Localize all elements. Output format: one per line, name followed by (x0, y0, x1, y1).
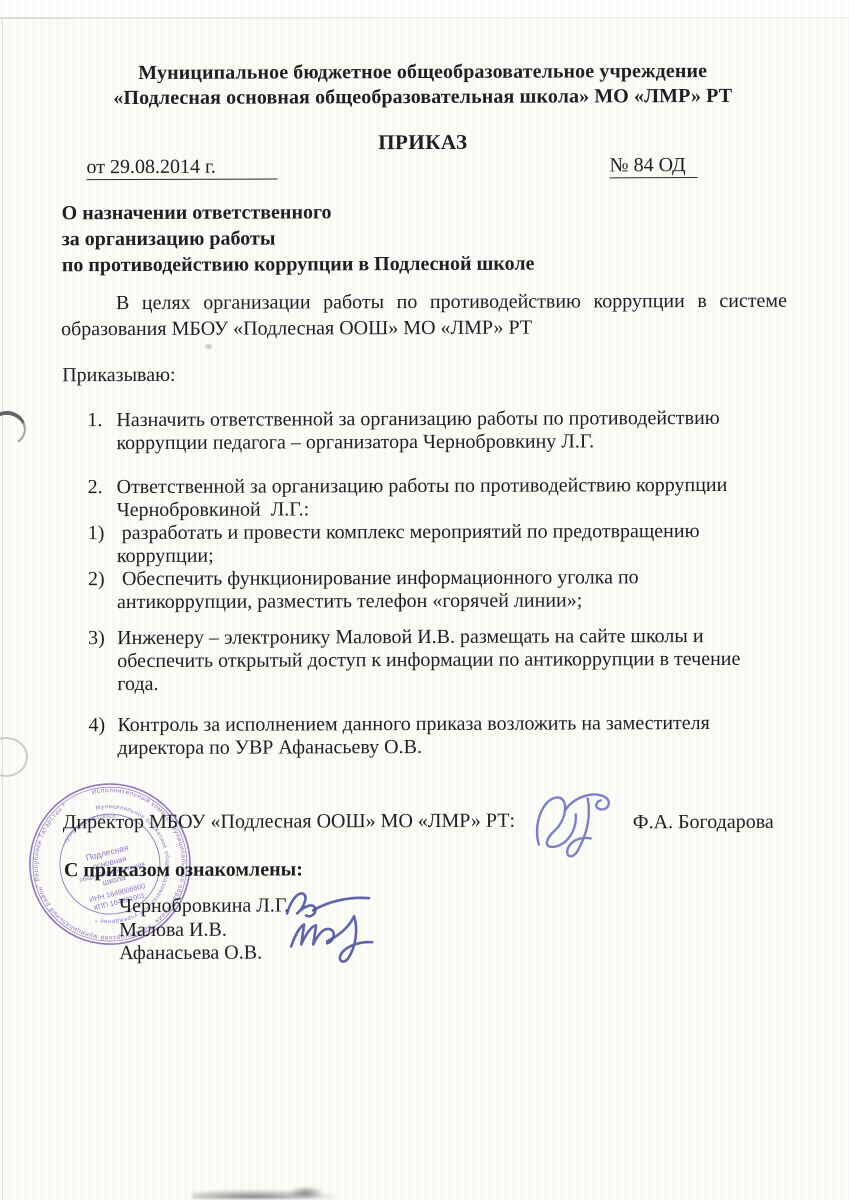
item-marker: 4) (88, 714, 117, 760)
item-text: Контроль за исполнением данного приказа … (117, 712, 747, 760)
school-round-stamp: Исполнительный комитет муниципального об… (25, 779, 196, 950)
item-text: Ответственной за организацию работы по п… (117, 474, 747, 522)
order-item-1: 1. Назначить ответственной за организаци… (87, 407, 746, 455)
subject-line-2: за организацию работы (62, 224, 762, 252)
order-subitem-4: 4) Контроль за исполнением данного прика… (88, 712, 747, 760)
organization-header: Муниципальное бюджетное общеобразователь… (0, 59, 847, 112)
preamble-paragraph: В целях организации работы по противодей… (61, 289, 787, 343)
item-text: Обеспечить функционирование информационн… (117, 566, 747, 614)
order-subitem-2: 2) Обеспечить функционирование информаци… (88, 566, 747, 614)
organization-line-1: Муниципальное бюджетное общеобразователь… (0, 59, 847, 87)
order-date: от 29.08.2014 г. (86, 156, 278, 181)
item-marker: 1) (88, 522, 117, 568)
stamp-ogrn-text: ОГРН 1021605128928 (60, 811, 120, 846)
order-subitem-1: 1) разработать и провести комплекс мероп… (88, 520, 747, 568)
order-subitem-3: 3) Инженеру – электронику Маловой И.В. р… (88, 625, 747, 696)
item-marker: 1. (87, 409, 116, 455)
scanned-page: Муниципальное бюджетное общеобразователь… (0, 0, 849, 1200)
item-marker: 2. (88, 476, 117, 522)
document-content: Муниципальное бюджетное общеобразователь… (0, 0, 849, 1200)
order-item-2: 2. Ответственной за организацию работы п… (88, 474, 747, 522)
order-word: Приказываю: (62, 364, 175, 387)
organization-line-2: «Подлесная основная общеобразовательная … (0, 84, 847, 112)
subject-line-1: О назначении ответственного (62, 198, 762, 226)
order-subject: О назначении ответственного за организац… (62, 198, 762, 278)
svg-text:ОГРН 1021605128928: ОГРН 1021605128928 (60, 811, 120, 846)
item-marker: 3) (88, 627, 117, 696)
acknowledgment-signature-2-ink (285, 908, 377, 964)
document-title: ПРИКАЗ (0, 129, 847, 157)
date-number-row: от 29.08.2014 г. № 84 ОД (0, 154, 848, 183)
item-marker: 2) (88, 568, 117, 614)
item-text: разработать и провести комплекс мероприя… (117, 520, 747, 568)
subject-line-3: по противодействию коррупции в Подлесной… (62, 250, 762, 278)
director-name: Ф.А. Богодарова (633, 811, 774, 834)
order-number: № 84 ОД (609, 154, 697, 178)
item-text: Инженеру – электронику Маловой И.В. разм… (117, 625, 747, 696)
item-text: Назначить ответственной за организацию р… (116, 407, 746, 455)
director-signature-ink (525, 788, 633, 866)
